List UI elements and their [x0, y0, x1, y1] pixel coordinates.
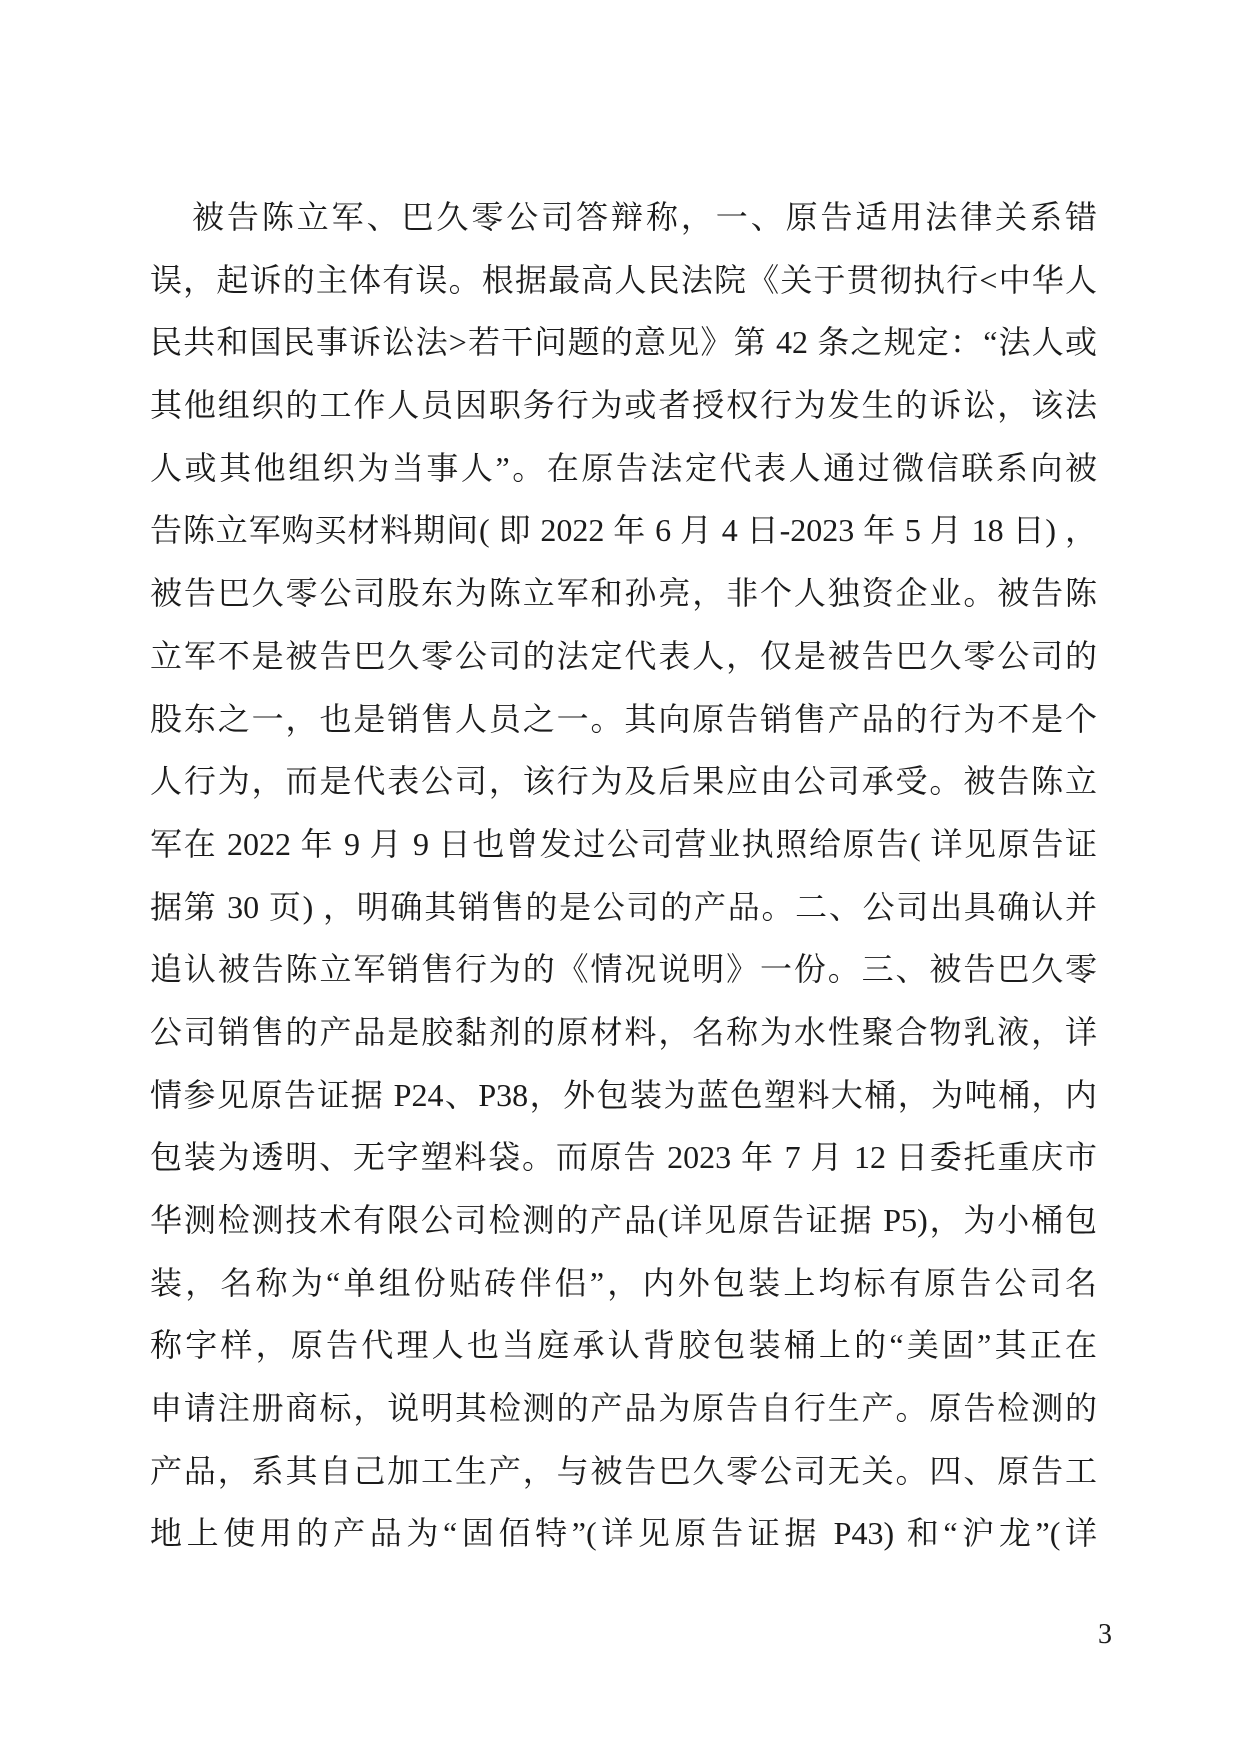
text-line: 告陈立军购买材料期间( 即 2022 年 6 月 4 日-2023 年 5 月 … [150, 499, 1097, 562]
text-line: 公司销售的产品是胶黏剂的原材料，名称为水性聚合物乳液，详 [150, 1001, 1097, 1064]
text-line: 装，名称为“单组份贴砖伴侣”，内外包装上均标有原告公司名 [150, 1252, 1097, 1315]
text-line: 据第 30 页) ，明确其销售的是公司的产品。二、公司出具确认并 [150, 876, 1097, 939]
text-line: 包装为透明、无字塑料袋。而原告 2023 年 7 月 12 日委托重庆市 [150, 1126, 1097, 1189]
page-number: 3 [1085, 1618, 1125, 1652]
text-line: 追认被告陈立军销售行为的《情况说明》一份。三、被告巴久零 [150, 938, 1097, 1001]
text-line: 股东之一，也是销售人员之一。其向原告销售产品的行为不是个 [150, 688, 1097, 751]
text-line: 人或其他组织为当事人”。在原告法定代表人通过微信联系向被 [150, 437, 1097, 500]
text-line: 被告巴久零公司股东为陈立军和孙亮，非个人独资企业。被告陈 [150, 562, 1097, 625]
text-line: 民共和国民事诉讼法>若干问题的意见》第 42 条之规定：“法人或 [150, 311, 1097, 374]
document-page: 被告陈立军、巴久零公司答辩称，一、原告适用法律关系错 误，起诉的主体有误。根据最… [0, 0, 1241, 1754]
body-text: 被告陈立军、巴久零公司答辩称，一、原告适用法律关系错 误，起诉的主体有误。根据最… [150, 186, 1097, 1565]
text-line: 其他组织的工作人员因职务行为或者授权行为发生的诉讼，该法 [150, 374, 1097, 437]
text-line: 称字样，原告代理人也当庭承认背胶包装桶上的“美固”其正在 [150, 1314, 1097, 1377]
text-line: 被告陈立军、巴久零公司答辩称，一、原告适用法律关系错 [150, 186, 1097, 249]
text-line: 军在 2022 年 9 月 9 日也曾发过公司营业执照给原告( 详见原告证 [150, 813, 1097, 876]
text-line: 申请注册商标，说明其检测的产品为原告自行生产。原告检测的 [150, 1377, 1097, 1440]
text-line: 人行为，而是代表公司，该行为及后果应由公司承受。被告陈立 [150, 750, 1097, 813]
text-line: 立军不是被告巴久零公司的法定代表人，仅是被告巴久零公司的 [150, 625, 1097, 688]
text-line: 情参见原告证据 P24、P38，外包装为蓝色塑料大桶，为吨桶，内 [150, 1064, 1097, 1127]
text-line: 华测检测技术有限公司检测的产品(详见原告证据 P5)，为小桶包 [150, 1189, 1097, 1252]
text-line: 地上使用的产品为“固佰特”(详见原告证据 P43) 和“沪龙”(详 [150, 1502, 1097, 1565]
text-line: 产品，系其自己加工生产，与被告巴久零公司无关。四、原告工 [150, 1440, 1097, 1503]
text-line: 误，起诉的主体有误。根据最高人民法院《关于贯彻执行<中华人 [150, 249, 1097, 312]
